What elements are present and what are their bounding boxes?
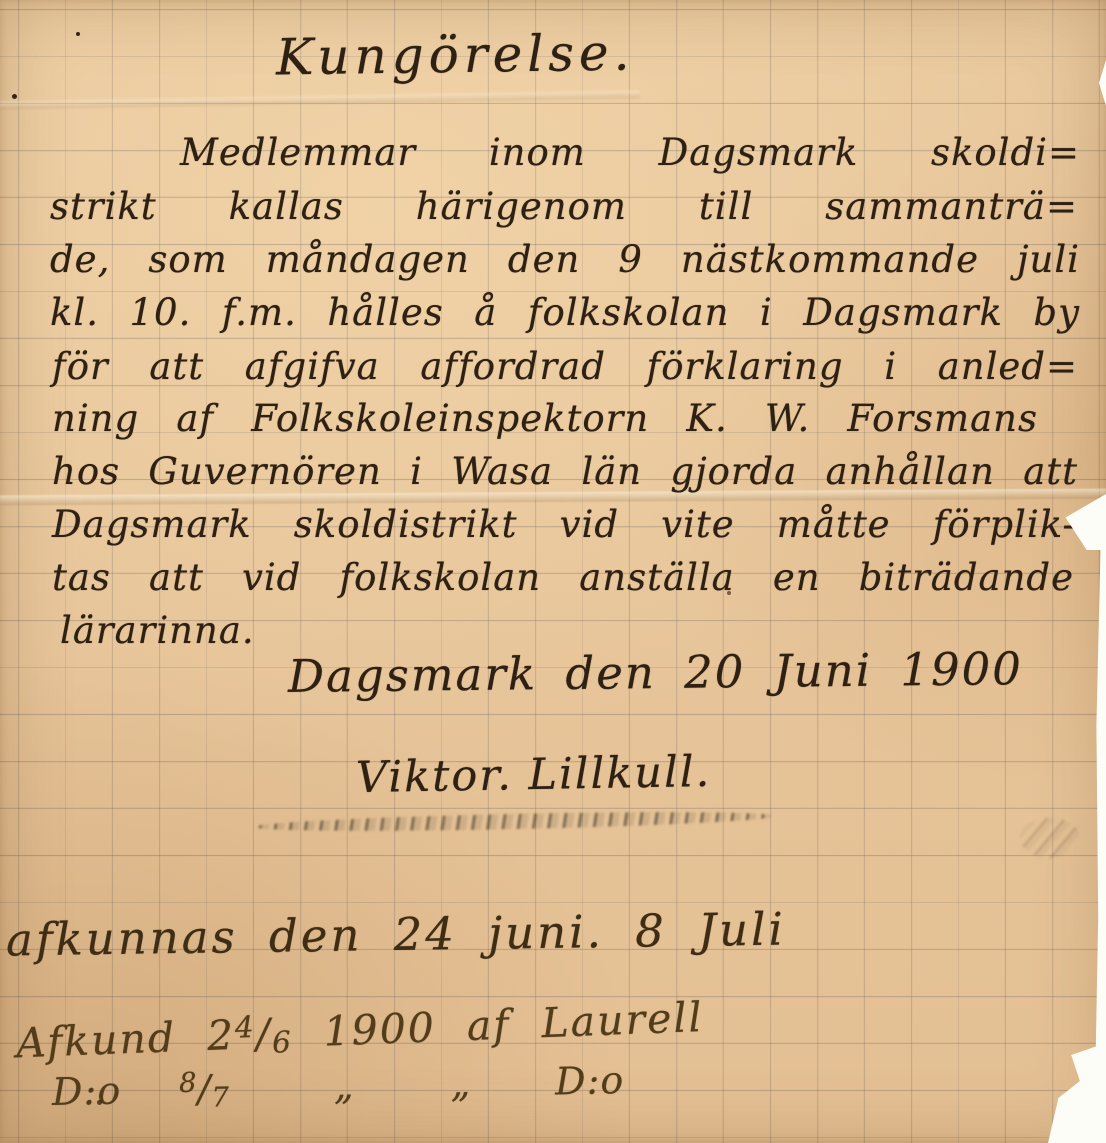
annotation-day: 2 bbox=[206, 1011, 236, 1060]
signature-line: Viktor. Lillkull. bbox=[356, 747, 712, 803]
annotation-by: af bbox=[466, 1000, 511, 1050]
ditto-mark: „ bbox=[450, 1061, 472, 1105]
ink-speck bbox=[12, 94, 17, 99]
annotation-word: Afkund bbox=[15, 1013, 177, 1067]
ink-speck bbox=[76, 32, 80, 36]
body-line: Dagsmark skoldistrikt vid vite måtte för… bbox=[52, 503, 1076, 546]
proclamation-note: afkunnas den 24 juni. 8 Juli bbox=[6, 903, 787, 967]
body-line: hos Guvernören i Wasa län gjorda anhålla… bbox=[52, 450, 1078, 493]
date-fraction: 8/7 bbox=[179, 1066, 231, 1111]
ditto-mark: „ bbox=[333, 1064, 355, 1108]
paper-sheet: Kungörelse. Medlemmar inom Dagsmark skol… bbox=[0, 0, 1106, 1143]
body-line: strikt kallas härigenom till sammanträ= bbox=[50, 185, 1078, 228]
date-fraction: 4/6 bbox=[234, 1009, 293, 1059]
body-line: för att afgifva affordrad förklaring i a… bbox=[52, 345, 1078, 388]
ditto-left: D:o bbox=[52, 1069, 122, 1114]
body-line: Medlemmar inom Dagsmark skoldi= bbox=[180, 131, 1080, 174]
document-title: Kungörelse. bbox=[276, 24, 635, 87]
ditto-right: D:o bbox=[555, 1058, 625, 1103]
body-line: lärarinna. bbox=[60, 609, 255, 652]
ink-speck bbox=[727, 591, 731, 595]
body-line: kl. 10. f.m. hålles å folkskolan i Dagsm… bbox=[50, 291, 1080, 334]
annotation-name: Laurell bbox=[541, 993, 705, 1047]
annotation-year: 1900 bbox=[323, 1003, 437, 1055]
ink-blot-smudge-small bbox=[1020, 818, 1080, 858]
body-line: ning af Folkskoleinspektorn K. W. Forsma… bbox=[52, 397, 1038, 440]
ink-speck bbox=[97, 1100, 102, 1105]
dateline: Dagsmark den 20 Juni 1900 bbox=[288, 642, 1023, 703]
body-line: tas att vid folkskolan anställa en biträ… bbox=[52, 556, 1074, 599]
scanned-document: Kungörelse. Medlemmar inom Dagsmark skol… bbox=[0, 0, 1106, 1143]
body-line: de, som måndagen den 9 nästkommande juli bbox=[50, 238, 1080, 281]
